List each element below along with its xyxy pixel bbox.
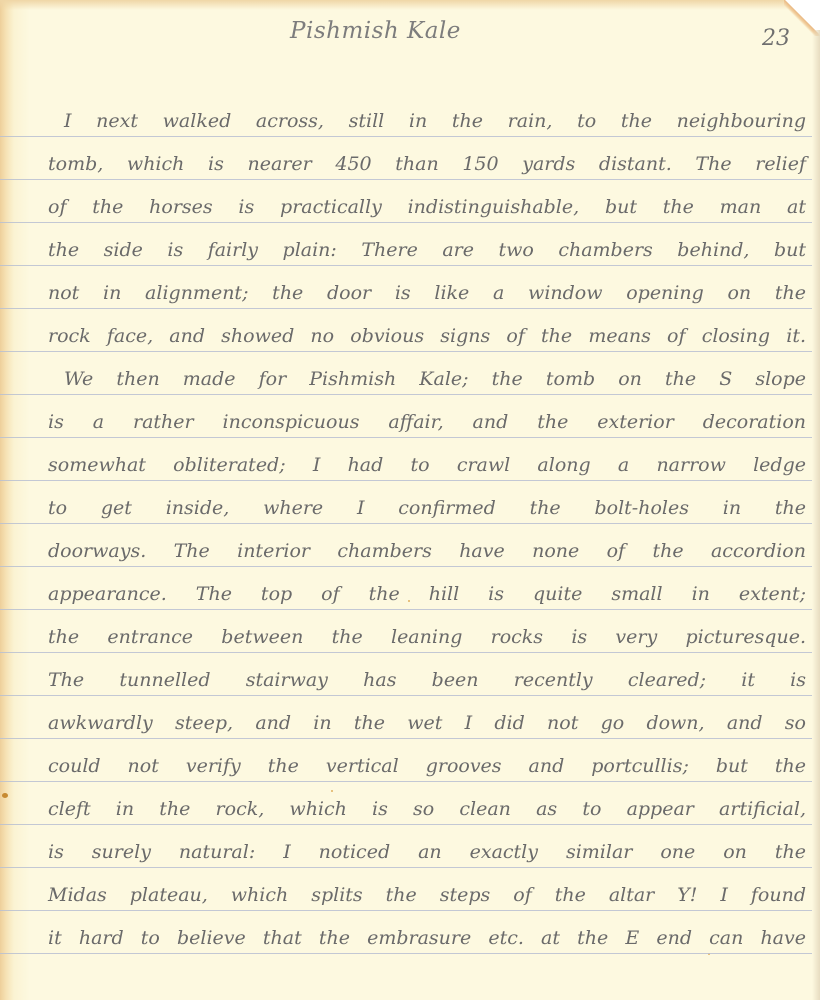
text-line: not in alignment; the door is like a win… xyxy=(48,278,806,308)
ruled-line xyxy=(0,953,812,954)
ruled-line xyxy=(0,824,812,825)
text-line: of the horses is practically indistingui… xyxy=(48,192,806,222)
text-line: the side is fairly plain: There are two … xyxy=(48,235,806,265)
ruled-line xyxy=(0,179,812,180)
text-line: doorways. The interior chambers have non… xyxy=(48,536,806,566)
text-line: We then made for Pishmish Kale; the tomb… xyxy=(64,364,806,394)
text-line: The tunnelled stairway has been recently… xyxy=(48,665,806,695)
ruled-line xyxy=(0,781,812,782)
ruled-line xyxy=(0,910,812,911)
text-line: is a rather inconspicuous affair, and th… xyxy=(48,407,806,437)
ruled-line xyxy=(0,523,812,524)
ruled-line xyxy=(0,136,812,137)
ruled-line xyxy=(0,351,812,352)
ruled-line xyxy=(0,308,812,309)
text-line: to get inside, where I confirmed the bol… xyxy=(48,493,806,523)
text-line: tomb, which is nearer 450 than 150 yards… xyxy=(48,149,806,179)
text-line: appearance. The top of the hill is quite… xyxy=(48,579,806,609)
ruled-line xyxy=(0,480,812,481)
notebook-page: Pishmish Kale 23 I next walked across, s… xyxy=(0,0,820,1000)
page-edge-shadow xyxy=(812,30,820,1000)
ruled-line xyxy=(0,394,812,395)
text-line: somewhat obliterated; I had to crawl alo… xyxy=(48,450,806,480)
ruled-line xyxy=(0,609,812,610)
page-header-title: Pishmish Kale xyxy=(290,18,461,44)
text-line: it hard to believe that the embrasure et… xyxy=(48,923,806,953)
text-line: the entrance between the leaning rocks i… xyxy=(48,622,806,652)
text-line: Midas plateau, which splits the steps of… xyxy=(48,880,806,910)
ruled-line xyxy=(0,222,812,223)
text-line: cleft in the rock, which is so clean as … xyxy=(48,794,806,824)
ruled-line xyxy=(0,738,812,739)
paper-stain xyxy=(2,793,8,798)
ruled-line xyxy=(0,566,812,567)
ruled-line xyxy=(0,265,812,266)
ruled-line xyxy=(0,695,812,696)
text-line: I next walked across, still in the rain,… xyxy=(64,106,806,136)
text-line: could not verify the vertical grooves an… xyxy=(48,751,806,781)
text-line: is surely natural: I noticed an exactly … xyxy=(48,837,806,867)
ruled-line xyxy=(0,652,812,653)
text-line: awkwardly steep, and in the wet I did no… xyxy=(48,708,806,738)
page-number: 23 xyxy=(762,26,790,51)
ruled-line xyxy=(0,437,812,438)
paper-speck xyxy=(331,790,333,792)
ruled-line xyxy=(0,867,812,868)
text-line: rock face, and showed no obvious signs o… xyxy=(48,321,806,351)
